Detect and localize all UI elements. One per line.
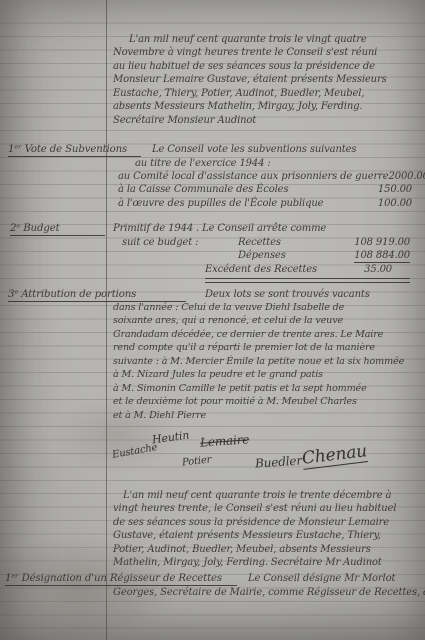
section-2-heading: 2ᵉ Budget (10, 222, 105, 236)
manuscript-line: et le deuxième lot pour moitié à M. Meub… (113, 395, 404, 408)
manuscript-line: et à M. Diehl Pierre (113, 409, 404, 422)
manuscript-line: L'an mil neuf cent quarante trois le vin… (113, 33, 387, 46)
manuscript-line: Deux lots se sont trouvés vacants (205, 288, 370, 301)
budget-amount: 35.00 (364, 263, 410, 276)
manuscript-line: absents Messieurs Mathelin, Mirgay, Joly… (113, 100, 387, 113)
section-1-heading: 1ᵉʳ Vote de Subventions (8, 143, 141, 157)
manuscript-line: Gustave, étaient présents Messieurs Eust… (113, 529, 396, 542)
budget-amount: 108 884.00 (354, 249, 410, 262)
section-1-intro: Le Conseil vote les subventions suivante… (152, 143, 356, 156)
budget-table: Recettes 108 919.00 Dépenses 108 884.00 (238, 236, 410, 263)
manuscript-line: à M. Nizard Jules la peudre et le grand … (113, 368, 404, 381)
manuscript-line: soixante ares, qui a renoncé, et celui d… (113, 314, 404, 327)
subvention-item: à la Caisse Communale des Écoles 150.00 (118, 183, 412, 196)
budget-amount: 108 919.00 (354, 236, 410, 249)
signature-scrawl: Buedler (255, 453, 303, 470)
meeting-1-paragraph: L'an mil neuf cent quarante trois le vin… (113, 33, 387, 127)
manuscript-line: Mathelin, Mirgay, Joly, Ferding. Secréta… (113, 556, 396, 569)
manuscript-line: dans l'année : Celui de la veuve Diehl I… (113, 301, 404, 314)
manuscript-line: Secrétaire Monsieur Audinot (113, 114, 387, 127)
subvention-amount: 100.00 (378, 197, 412, 210)
signature-scrawl: Potier (182, 454, 212, 468)
section-4-line: Georges, Secrétaire de Mairie, comme Rég… (113, 586, 425, 599)
manuscript-line: Potier, Audinot, Buedler, Meubel, absent… (113, 543, 396, 556)
section-3-paragraph: dans l'année : Celui de la veuve Diehl I… (113, 301, 404, 422)
manuscript-line: Novembre à vingt heures trente le Consei… (113, 46, 387, 59)
manuscript-line: de ses séances sous la présidence de Mon… (113, 516, 396, 529)
signature-scrawl-large: Chenau (301, 441, 368, 470)
subvention-item: à l'œuvre des pupilles de l'École publiq… (118, 197, 412, 210)
meeting-2-paragraph: L'an mil neuf cent quarante trois le tre… (113, 489, 396, 570)
budget-row-recettes: Recettes 108 919.00 (238, 236, 410, 249)
manuscript-line: Eustache, Thiery, Potier, Audinot, Buedl… (113, 87, 387, 100)
subvention-text: à la Caisse Communale des Écoles (118, 183, 288, 196)
manuscript-line: à M. Simonin Camille le petit patis et l… (113, 382, 404, 395)
subvention-amount: 2000.00 (389, 170, 425, 183)
section-4-intro: Le Conseil désigne Mr Morlot (248, 572, 395, 585)
budget-total-double-rule (205, 278, 410, 283)
manuscript-line: vingt heures trente, le Conseil s'est ré… (113, 502, 396, 515)
manuscript-line: suivante : à M. Mercier Émile la petite … (113, 355, 404, 368)
section-1-line: au titre de l'exercice 1944 : (135, 157, 271, 170)
budget-row-excedent: Excédent des Recettes 35.00 (205, 263, 410, 276)
section-2-line: suit ce budget : (122, 236, 198, 249)
subvention-item: au Comité local d'assistance aux prisonn… (118, 170, 412, 183)
manuscript-line: Grandadam décédée, ce dernier de trente … (113, 328, 404, 341)
manuscript-line: L'an mil neuf cent quarante trois le tre… (113, 489, 396, 502)
subvention-text: au Comité local d'assistance aux prisonn… (118, 170, 389, 183)
signature-scrawl-crossed: Lemaire (200, 432, 250, 449)
manuscript-line: rend compte qu'il a réparti le premier l… (113, 341, 404, 354)
budget-label: Dépenses (238, 249, 286, 262)
budget-label: Excédent des Recettes (205, 263, 317, 276)
register-page: L'an mil neuf cent quarante trois le vin… (0, 0, 425, 640)
subvention-amount: 150.00 (378, 183, 412, 196)
subvention-list: au Comité local d'assistance aux prisonn… (118, 170, 412, 210)
manuscript-line: Monsieur Lemaire Gustave, étaient présen… (113, 73, 387, 86)
manuscript-line: au lieu habituel de ses séances sous la … (113, 60, 387, 73)
budget-row-depenses: Dépenses 108 884.00 (238, 249, 410, 262)
budget-label: Recettes (238, 236, 281, 249)
section-2-intro: Primitif de 1944 . Le Conseil arrête com… (113, 222, 326, 235)
section-4-heading: 1ᵉʳ Désignation d'un Régisseur de Recett… (5, 572, 237, 586)
subvention-text: à l'œuvre des pupilles de l'École publiq… (118, 197, 323, 210)
